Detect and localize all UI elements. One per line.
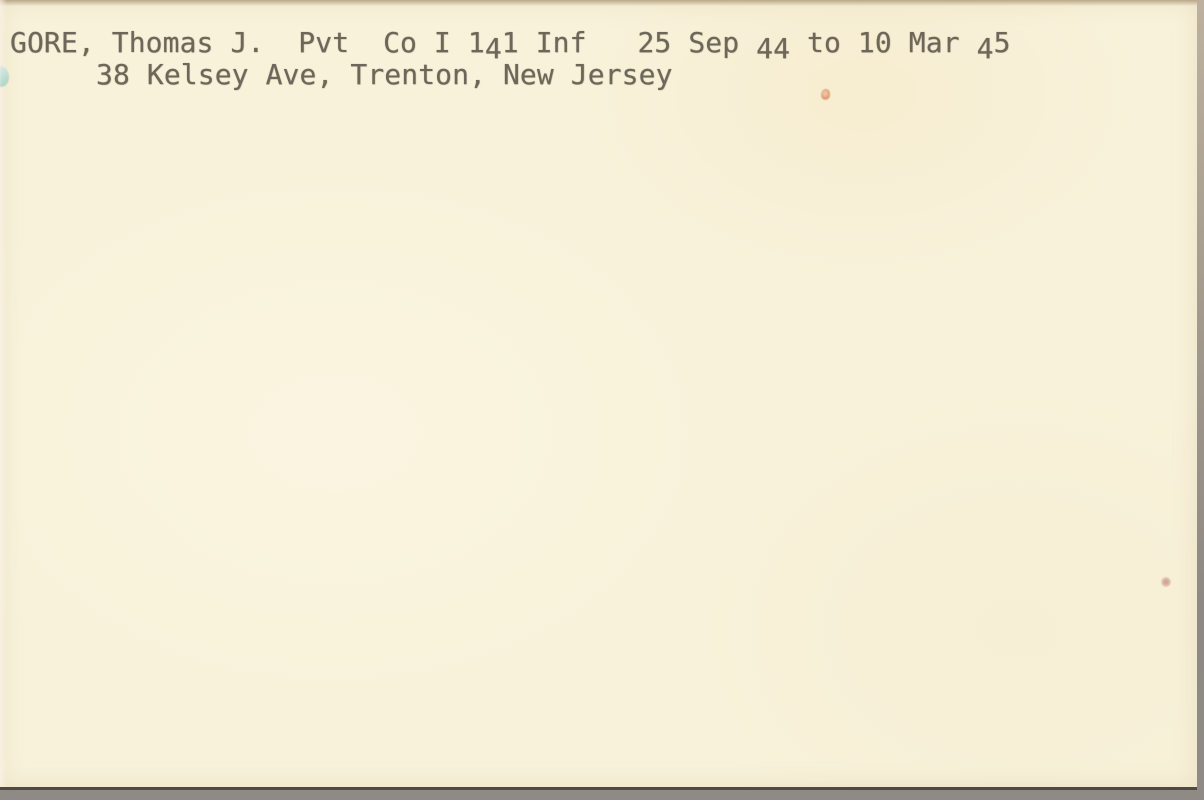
index-card: GORE, Thomas J. Pvt Co I 141 Inf 25 Sep … [0,0,1197,790]
address-line: 38 Kelsey Ave, Trenton, New Jersey [96,59,673,91]
pink-stain-speck [1161,577,1171,587]
service-record-line: GORE, Thomas J. Pvt Co I 141 Inf 25 Sep … [10,27,1011,59]
lowered-four-glyph: 4 [977,32,994,65]
lowered-four-glyph: 4 [756,32,773,65]
scanner-bed: GORE, Thomas J. Pvt Co I 141 Inf 25 Sep … [0,0,1204,800]
lowered-four-glyph: 4 [773,32,790,65]
red-ink-speck [821,89,830,100]
